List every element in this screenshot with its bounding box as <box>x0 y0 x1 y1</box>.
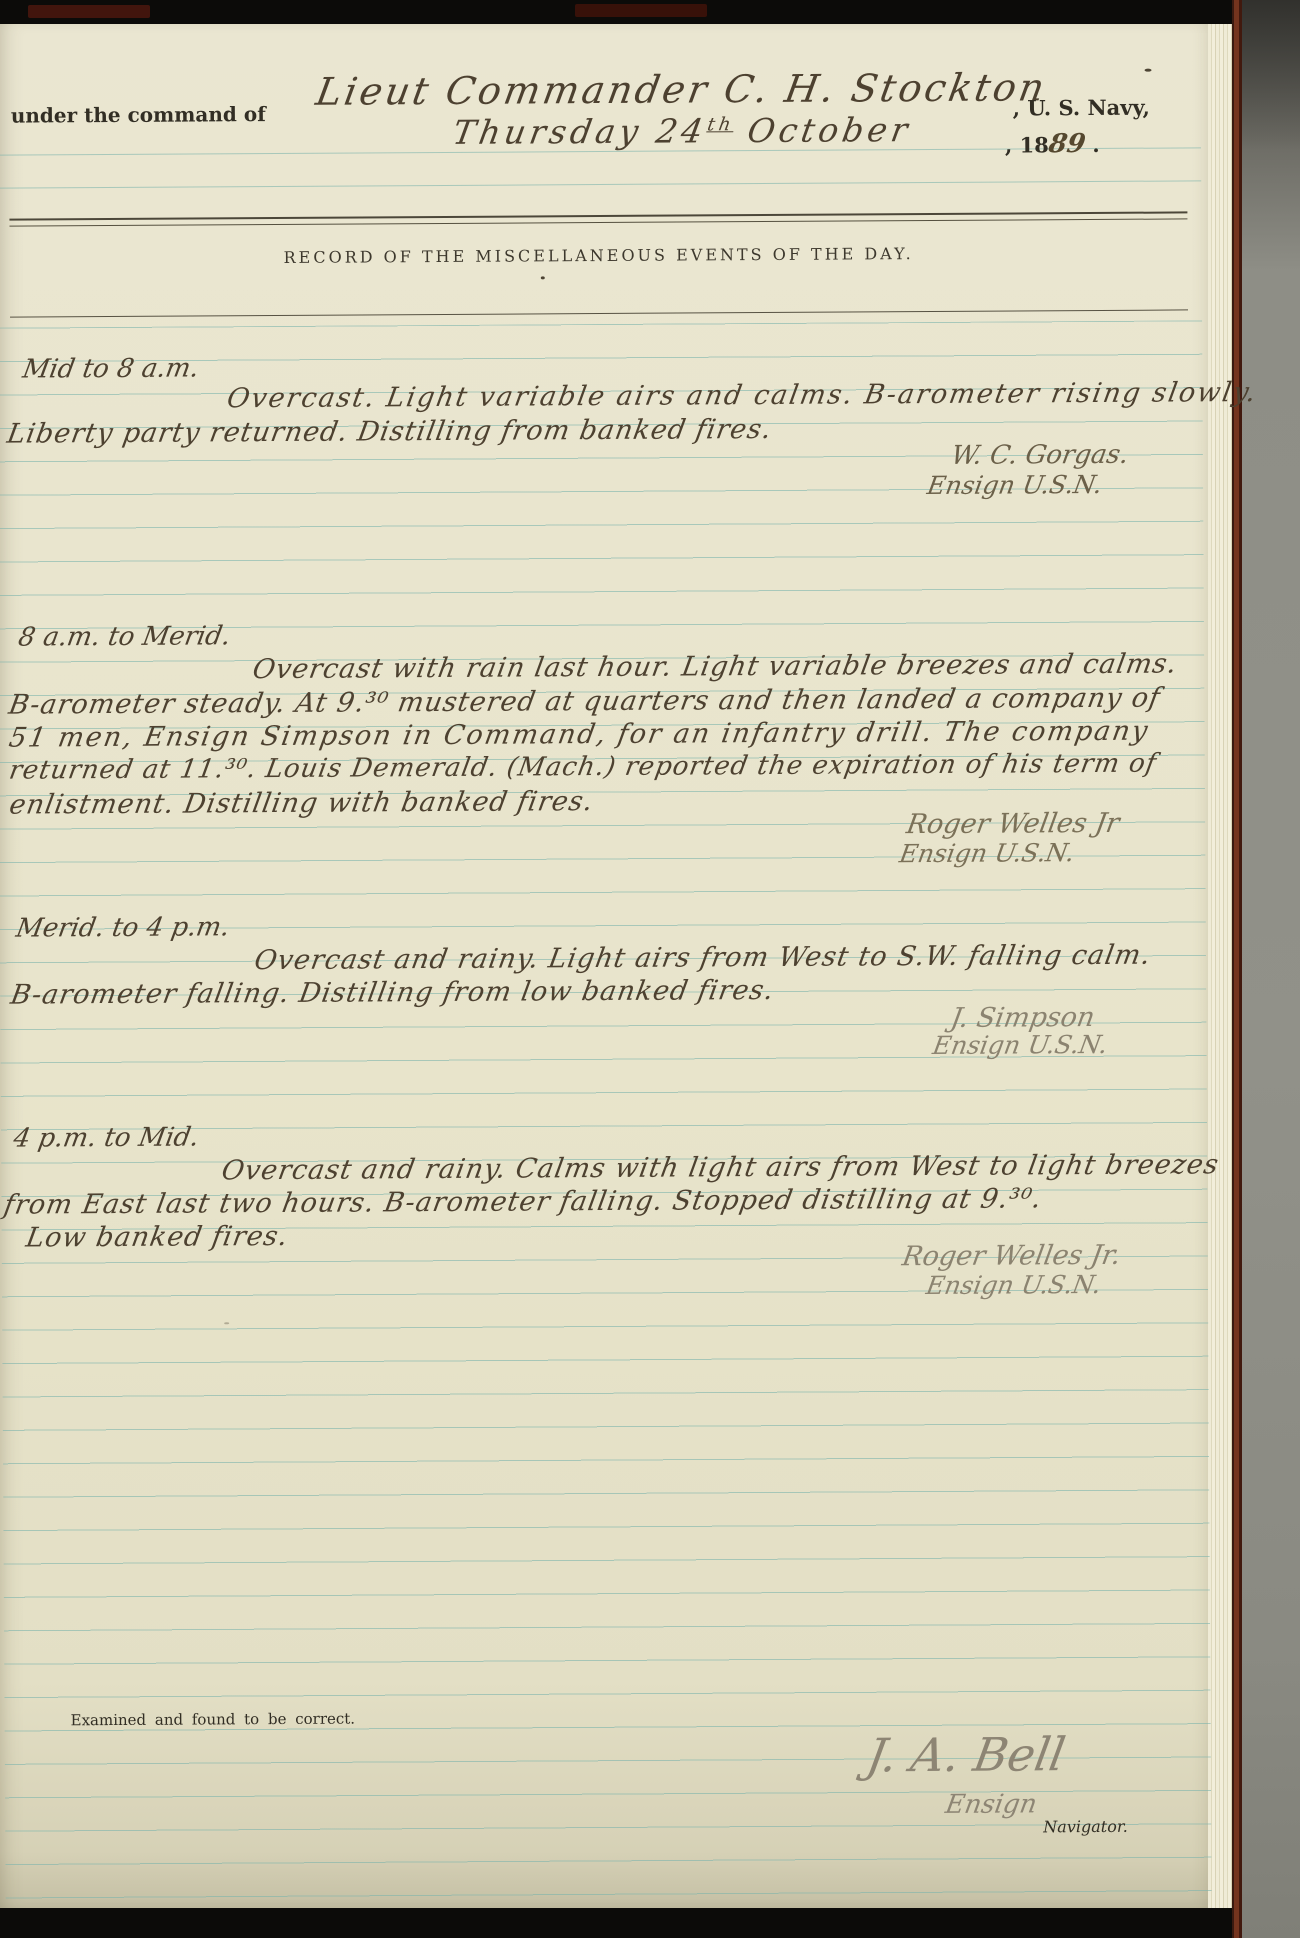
scanner-background <box>1242 0 1300 1938</box>
entry-2-line-1: Overcast with rain last hour. Light vari… <box>250 648 1180 685</box>
year-prefix: , 18 <box>1005 132 1049 157</box>
entry-4-period: 4 p.m. to Mid. <box>11 1122 201 1153</box>
year-line: , 1889 . <box>1005 129 1100 160</box>
date-day: Thursday 24 <box>450 111 710 152</box>
ink-speck <box>1145 69 1152 72</box>
book-spine-patch <box>575 4 707 17</box>
command-prefix-label: under the command of <box>11 102 266 128</box>
entry-3-line-1: Overcast and rainy. Light airs from West… <box>252 940 1153 977</box>
title-divider <box>10 309 1188 317</box>
entry-4-signature-rank: Ensign U.S.N. <box>924 1270 1103 1300</box>
entry-4-line-3: Low banked fires. <box>24 1221 291 1254</box>
entry-3-line-2: B-arometer falling. Distilling from low … <box>8 975 776 1011</box>
date-month: October <box>730 110 914 150</box>
book-spine-patch <box>28 5 150 18</box>
navigator-signature-rank: Ensign <box>943 1789 1039 1820</box>
entry-2-signature-name: Roger Welles Jr <box>904 808 1122 840</box>
navigator-signature-name: J. A. Bell <box>863 1727 1069 1782</box>
book-cover-edge <box>1232 0 1242 1938</box>
date-ordinal: th <box>706 114 737 135</box>
entry-4-signature-name: Roger Welles Jr. <box>900 1240 1123 1272</box>
section-title: RECORD OF THE MISCELLANEOUS EVENTS OF TH… <box>0 242 1202 268</box>
examined-note: Examined and found to be correct. <box>71 1710 356 1730</box>
entry-2-signature-rank: Ensign U.S.N. <box>897 838 1076 868</box>
header-divider <box>9 211 1187 226</box>
commander-handwritten: Lieut Commander C. H. Stockton <box>313 65 1051 114</box>
entry-3-signature-rank: Ensign U.S.N. <box>931 1030 1110 1060</box>
entry-1-line-1: Overcast. Light variable airs and calms.… <box>225 377 1260 414</box>
ink-speck <box>224 1322 229 1324</box>
sheet-content: under the command of Lieut Commander C. … <box>0 20 1214 1911</box>
entry-1-signature-name: W. C. Gorgas. <box>949 440 1131 471</box>
entry-3-signature-name: J. Simpson <box>948 1002 1097 1034</box>
ink-speck <box>541 276 545 279</box>
entry-3-period: Merid. to 4 p.m. <box>14 912 232 943</box>
logbook-sheet: under the command of Lieut Commander C. … <box>0 24 1208 1908</box>
date-handwritten: Thursday 24th October <box>450 110 914 152</box>
scan-shadow <box>1242 0 1300 150</box>
entry-1-signature-rank: Ensign U.S.N. <box>925 470 1104 500</box>
entry-2-line-5: enlistment. Distilling with banked fires… <box>7 786 596 821</box>
entry-1-line-2: Liberty party returned. Distilling from … <box>5 414 775 450</box>
entry-4-line-1: Overcast and rainy. Calms with light air… <box>219 1149 1221 1186</box>
navigator-label: Navigator. <box>1043 1817 1128 1837</box>
navy-suffix-label: , U. S. Navy, <box>1013 95 1150 121</box>
entry-1-period: Mid to 8 a.m. <box>20 353 201 384</box>
ruled-line <box>0 180 1201 188</box>
year-suffix: . <box>1085 132 1100 157</box>
year-handwritten: 89 <box>1046 129 1087 159</box>
entry-4-line-2: from East last two hours. B-arometer fal… <box>2 1183 1045 1220</box>
entry-2-period: 8 a.m. to Merid. <box>16 621 233 652</box>
